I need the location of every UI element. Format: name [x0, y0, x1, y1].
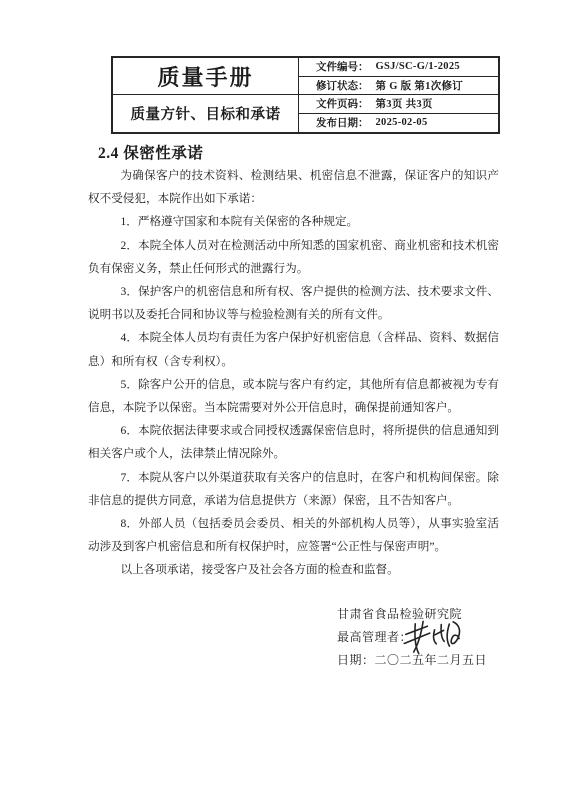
chapter-title: 质量方针、目标和承诺	[113, 95, 298, 132]
body-text: 为确保客户的技术资料、检测结果、机密信息不泄露，保证客户的知识产权不受侵犯，本院…	[88, 164, 499, 582]
paragraph-item-6: 6．本院依据法律要求或合同授权透露保密信息时，将所提供的信息通知到相关客户或个人…	[88, 419, 499, 465]
paragraph-closing: 以上各项承诺，接受客户及社会各方面的检查和监督。	[88, 558, 499, 581]
signer-label: 最高管理者：	[337, 630, 412, 644]
handwritten-signature-icon	[402, 617, 462, 660]
section-heading: 2.4 保密性承诺	[98, 141, 203, 163]
revision-status-label: 修订状态：	[316, 78, 369, 93]
doc-number-row: 文件编号： GSJ/SC-G/1-2025	[299, 58, 498, 77]
revision-status-value: 第 G 版 第1次修订	[376, 78, 464, 93]
page-number-row: 文件页码： 第3页 共3页	[299, 95, 498, 114]
page-number-value: 第3页 共3页	[376, 96, 433, 111]
revision-status-row: 修订状态： 第 G 版 第1次修订	[299, 77, 498, 96]
signer-row: 最高管理者：	[337, 626, 487, 649]
page-number-label: 文件页码：	[316, 96, 369, 111]
paragraph-item-4: 4．本院全体人员均有责任为客户保护好机密信息（含样品、资料、数据信息）和所有权（…	[88, 326, 499, 372]
paragraph-item-1: 1．严格遵守国家和本院有关保密的各种规定。	[88, 210, 499, 233]
doc-number-value: GSJ/SC-G/1-2025	[376, 61, 460, 72]
doc-number-label: 文件编号：	[316, 59, 369, 74]
signature-block: 甘肃省食品检验研究院 最高管理者： 日期：二〇二五年二月五日	[337, 603, 487, 673]
paragraph-item-2: 2．本院全体人员对在检测活动中所知悉的国家机密、商业机密和技术机密负有保密义务，…	[88, 234, 499, 280]
issue-date-value: 2025-02-05	[376, 117, 428, 128]
manual-title: 质量手册	[113, 58, 298, 95]
paragraph-item-3: 3．保护客户的机密信息和所有权、客户提供的检测方法、技术要求文件、说明书以及委托…	[88, 280, 499, 326]
paragraph-item-8: 8．外部人员（包括委员会委员、相关的外部机构人员等），从事实验室活动涉及到客户机…	[88, 512, 499, 558]
issue-date-label: 发布日期：	[316, 115, 369, 130]
document-page: 质量手册 质量方针、目标和承诺 文件编号： GSJ/SC-G/1-2025 修订…	[0, 0, 585, 794]
header-table-left-column: 质量手册 质量方针、目标和承诺	[113, 58, 299, 132]
paragraph-item-7: 7．本院从客户以外渠道获取有关客户的信息时，在客户和机构间保密。除非信息的提供方…	[88, 466, 499, 512]
paragraph-item-5: 5．除客户公开的信息，或本院与客户有约定，其他所有信息都被视为专有信息，本院予以…	[88, 373, 499, 419]
paragraph-intro: 为确保客户的技术资料、检测结果、机密信息不泄露，保证客户的知识产权不受侵犯，本院…	[88, 164, 499, 210]
issue-date-row: 发布日期： 2025-02-05	[299, 114, 498, 133]
document-header-table: 质量手册 质量方针、目标和承诺 文件编号： GSJ/SC-G/1-2025 修订…	[111, 56, 500, 134]
header-table-right-column: 文件编号： GSJ/SC-G/1-2025 修订状态： 第 G 版 第1次修订 …	[299, 58, 498, 132]
